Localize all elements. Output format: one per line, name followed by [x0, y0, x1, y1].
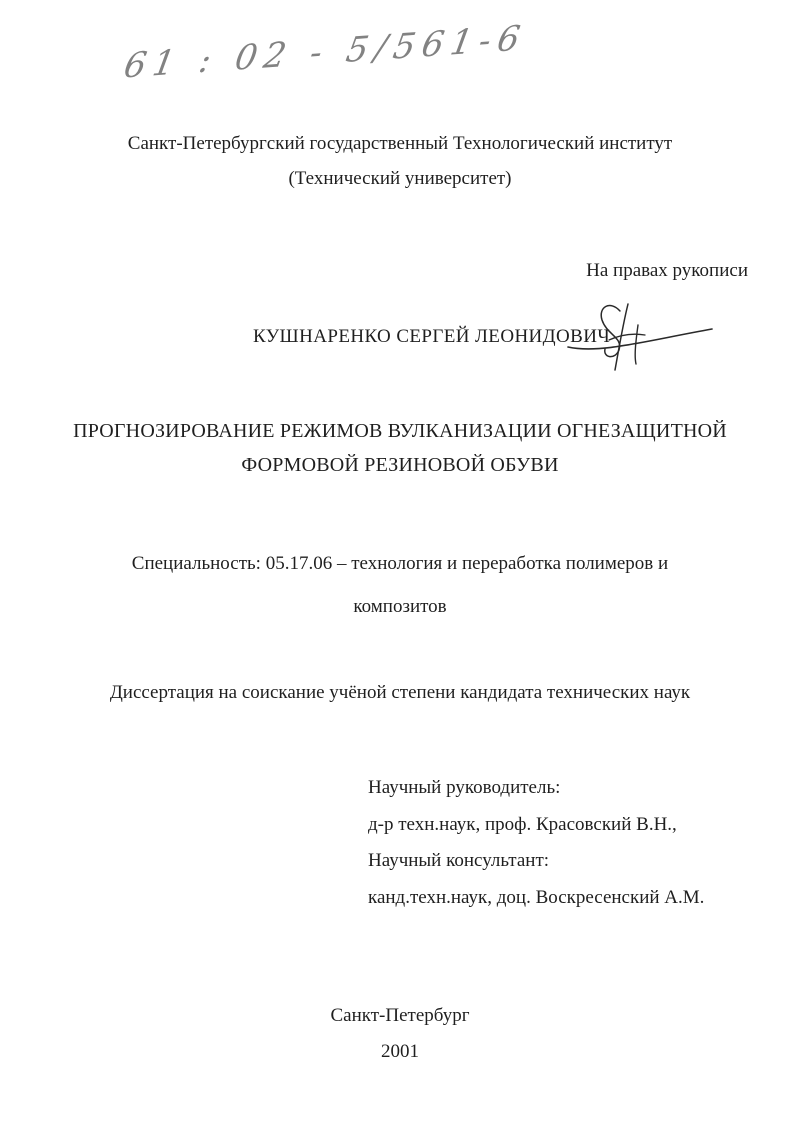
dissertation-title-line-2: ФОРМОВОЙ РЕЗИНОВОЙ ОБУВИ	[50, 454, 750, 477]
institution-line-1: Санкт-Петербургский государственный Техн…	[50, 133, 750, 155]
degree-note: Диссертация на соискание учёной степени …	[50, 682, 750, 704]
year: 2001	[50, 1041, 750, 1063]
advisor-label-supervisor: Научный руководитель:	[368, 770, 704, 807]
advisor-name-consultant: канд.техн.наук, доц. Воскресенский А.М.	[368, 880, 704, 917]
city: Санкт-Петербург	[50, 1005, 750, 1027]
advisor-label-consultant: Научный консультант:	[368, 843, 704, 880]
catalog-number-handwritten: 61 : 02 - 5/561-6	[121, 20, 497, 86]
author-name: КУШНАРЕНКО СЕРГЕЙ ЛЕОНИДОВИЧ	[253, 326, 610, 348]
institution-line-2: (Технический университет)	[50, 168, 750, 190]
specialty-line-2: композитов	[50, 596, 750, 618]
specialty-line-1: Специальность: 05.17.06 – технология и п…	[50, 553, 750, 575]
manuscript-rights-note: На правах рукописи	[586, 260, 748, 282]
advisor-name-supervisor: д-р техн.наук, проф. Красовский В.Н.,	[368, 807, 704, 844]
dissertation-title-line-1: ПРОГНОЗИРОВАНИЕ РЕЖИМОВ ВУЛКАНИЗАЦИИ ОГН…	[50, 420, 750, 443]
advisors-block: Научный руководитель: д-р техн.наук, про…	[368, 770, 704, 916]
dissertation-title-page: 61 : 02 - 5/561-6 Санкт-Петербургский го…	[0, 0, 793, 1122]
author-signature	[565, 298, 715, 376]
